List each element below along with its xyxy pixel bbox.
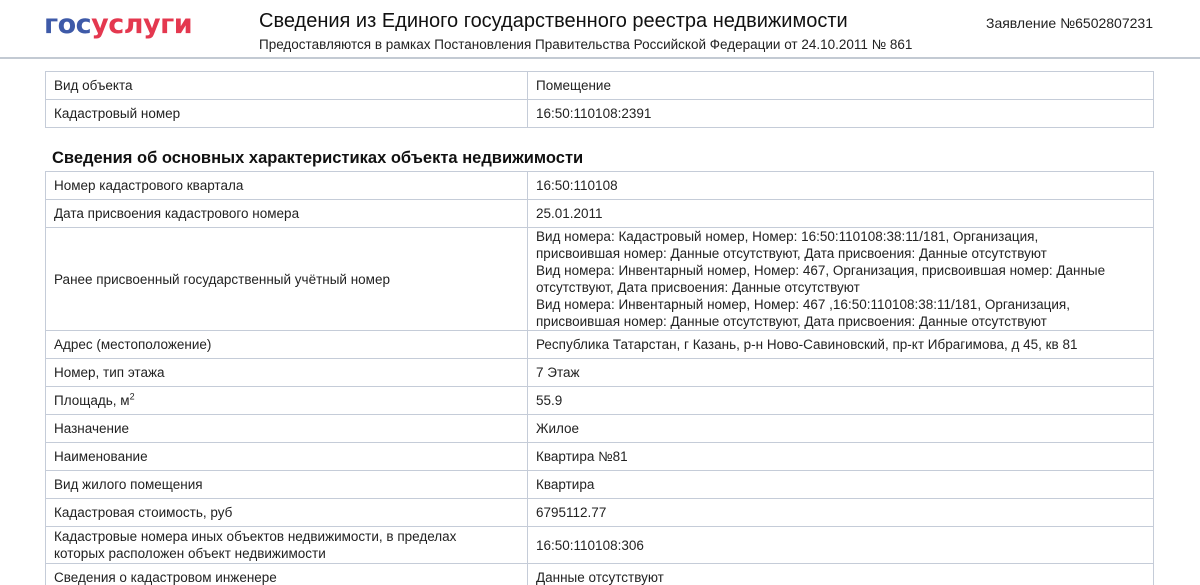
row-label: Ранее присвоенный государственный учётны… bbox=[46, 228, 528, 331]
row-value: Вид номера: Кадастровый номер, Номер: 16… bbox=[528, 228, 1154, 331]
area-label: Площадь, м bbox=[54, 393, 130, 408]
row-label: Назначение bbox=[46, 415, 528, 443]
value-line: Вид номера: Кадастровый номер, Номер: 16… bbox=[536, 228, 1145, 245]
row-label: Адрес (местоположение) bbox=[46, 331, 528, 359]
row-label: Вид жилого помещения bbox=[46, 471, 528, 499]
row-value: 7 Этаж bbox=[528, 359, 1154, 387]
table-row: Адрес (местоположение) Республика Татарс… bbox=[46, 331, 1154, 359]
row-value: Квартира №81 bbox=[528, 443, 1154, 471]
table-row: Назначение Жилое bbox=[46, 415, 1154, 443]
row-value: Помещение bbox=[528, 72, 1154, 100]
document-title: Сведения из Единого государственного рее… bbox=[259, 8, 848, 34]
row-label: Номер кадастрового квартала bbox=[46, 172, 528, 200]
row-label: Кадастровые номера иных объектов недвижи… bbox=[46, 527, 528, 564]
object-table: Вид объекта Помещение Кадастровый номер … bbox=[45, 71, 1154, 128]
value-line: отсутствуют, Дата присвоения: Данные отс… bbox=[536, 279, 1145, 296]
row-value: 16:50:110108 bbox=[528, 172, 1154, 200]
row-value: Республика Татарстан, г Казань, р-н Ново… bbox=[528, 331, 1154, 359]
gosuslugi-logo[interactable]: госуслуги bbox=[44, 8, 192, 42]
document-subtitle: Предоставляются в рамках Постановления П… bbox=[259, 36, 912, 54]
table-row: Ранее присвоенный государственный учётны… bbox=[46, 228, 1154, 331]
row-value: Жилое bbox=[528, 415, 1154, 443]
row-label: Вид объекта bbox=[46, 72, 528, 100]
row-label: Кадастровая стоимость, руб bbox=[46, 499, 528, 527]
row-value: 6795112.77 bbox=[528, 499, 1154, 527]
row-label: Дата присвоения кадастрового номера bbox=[46, 200, 528, 228]
table-row: Кадастровые номера иных объектов недвижи… bbox=[46, 527, 1154, 564]
logo-part-gos: гос bbox=[44, 9, 91, 40]
row-label: Номер, тип этажа bbox=[46, 359, 528, 387]
logo-part-uslugi: услуги bbox=[91, 9, 192, 40]
table-row: Дата присвоения кадастрового номера 25.0… bbox=[46, 200, 1154, 228]
value-line: Вид номера: Инвентарный номер, Номер: 46… bbox=[536, 262, 1145, 279]
table-row: Сведения о кадастровом инженере Данные о… bbox=[46, 564, 1154, 585]
row-label: Кадастровый номер bbox=[46, 100, 528, 128]
row-value: 16:50:110108:2391 bbox=[528, 100, 1154, 128]
row-label: Сведения о кадастровом инженере bbox=[46, 564, 528, 585]
value-line: Вид номера: Инвентарный номер, Номер: 46… bbox=[536, 296, 1145, 313]
value-line: присвоившая номер: Данные отсутствуют, Д… bbox=[536, 245, 1145, 262]
application-number: Заявление №6502807231 bbox=[986, 13, 1153, 33]
row-value: 16:50:110108:306 bbox=[528, 527, 1154, 564]
label-line: Кадастровые номера иных объектов недвижи… bbox=[54, 528, 519, 545]
table-row: Вид объекта Помещение bbox=[46, 72, 1154, 100]
value-line: присвоившая номер: Данные отсутствуют, Д… bbox=[536, 313, 1145, 330]
row-value: Данные отсутствуют bbox=[528, 564, 1154, 585]
page-header: госуслуги Сведения из Единого государств… bbox=[0, 0, 1200, 59]
label-line: которых расположен объект недвижимости bbox=[54, 545, 519, 562]
section-title: Сведения об основных характеристиках объ… bbox=[52, 147, 583, 169]
row-label: Площадь, м2 bbox=[46, 387, 528, 415]
table-row: Кадастровая стоимость, руб 6795112.77 bbox=[46, 499, 1154, 527]
table-row: Вид жилого помещения Квартира bbox=[46, 471, 1154, 499]
area-label-sup: 2 bbox=[130, 392, 135, 402]
table-row: Номер кадастрового квартала 16:50:110108 bbox=[46, 172, 1154, 200]
row-value: 55.9 bbox=[528, 387, 1154, 415]
characteristics-table: Номер кадастрового квартала 16:50:110108… bbox=[45, 171, 1154, 585]
table-row: Наименование Квартира №81 bbox=[46, 443, 1154, 471]
row-value: Квартира bbox=[528, 471, 1154, 499]
row-label: Наименование bbox=[46, 443, 528, 471]
row-value: 25.01.2011 bbox=[528, 200, 1154, 228]
table-row: Площадь, м2 55.9 bbox=[46, 387, 1154, 415]
table-row: Кадастровый номер 16:50:110108:2391 bbox=[46, 100, 1154, 128]
table-row: Номер, тип этажа 7 Этаж bbox=[46, 359, 1154, 387]
